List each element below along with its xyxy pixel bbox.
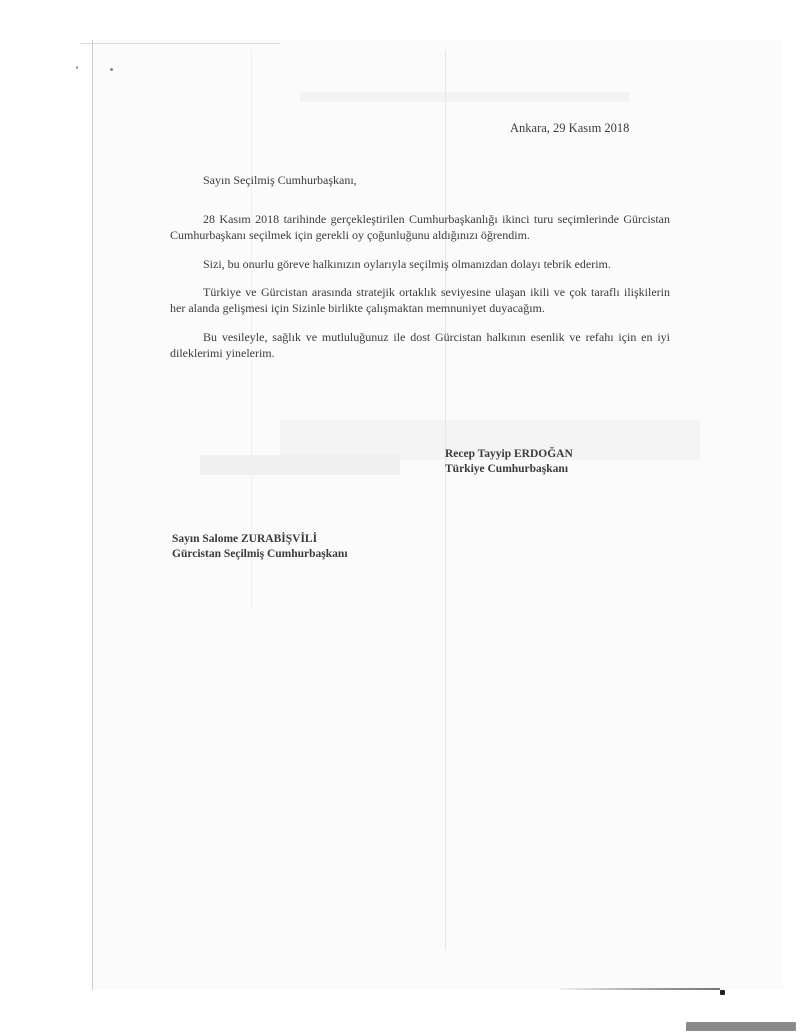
scan-speck [76,66,78,69]
date-line: Ankara, 29 Kasım 2018 [510,120,629,136]
signature-block: Recep Tayyip ERDOĞAN Türkiye Cumhurbaşka… [445,447,573,477]
paper-top-edge [80,43,280,44]
letter-paragraph: 28 Kasım 2018 tarihinde gerçekleştirilen… [170,211,670,243]
scan-speck [720,990,725,995]
salutation: Sayın Seçilmiş Cumhurbaşkanı, [203,172,357,188]
letter-paragraph: Bu vesileyle, sağlık ve mutluluğunuz ile… [170,329,670,361]
paragraph-text: Türkiye ve Gürcistan arasında stratejik … [170,285,670,315]
scan-speck [110,68,113,71]
scanned-paper [92,40,783,990]
signer-title: Türkiye Cumhurbaşkanı [445,462,573,477]
paragraph-text: Bu vesileyle, sağlık ve mutluluğunuz ile… [170,330,670,360]
paper-bottom-edge [560,988,720,990]
fold-line [445,50,446,950]
addressee-name: Sayın Salome ZURABİŞVİLİ [172,532,348,547]
paragraph-text: Sizi, bu onurlu göreve halkınızın oyları… [203,257,611,271]
addressee-block: Sayın Salome ZURABİŞVİLİ Gürcistan Seçil… [172,532,348,562]
letter-paragraph: Türkiye ve Gürcistan arasında stratejik … [170,284,670,316]
signer-name: Recep Tayyip ERDOĞAN [445,447,573,462]
image-credit-caption [686,1022,796,1031]
paragraph-text: 28 Kasım 2018 tarihinde gerçekleştirilen… [170,212,670,242]
addressee-title: Gürcistan Seçilmiş Cumhurbaşkanı [172,547,348,562]
letter-paragraph: Sizi, bu onurlu göreve halkınızın oyları… [170,256,670,272]
bleed-through-mark [200,455,400,475]
bleed-through-mark [300,92,630,102]
